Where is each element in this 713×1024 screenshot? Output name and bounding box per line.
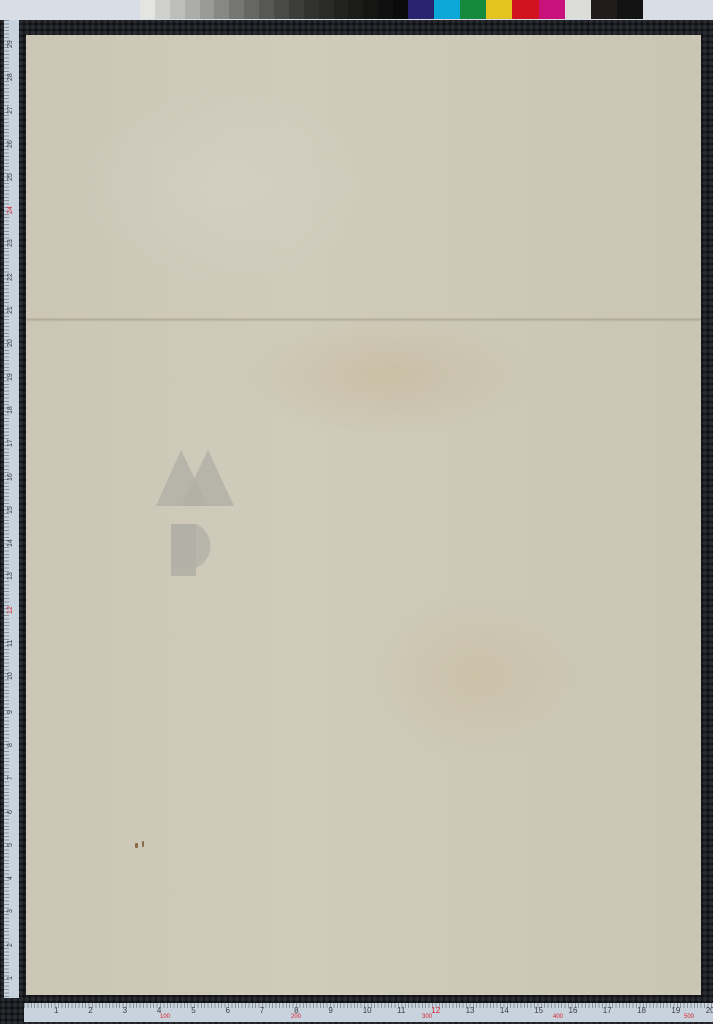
ruler-label: 25: [7, 173, 14, 181]
color-swatch-strip: [408, 0, 643, 19]
ruler-label: 3: [7, 909, 14, 913]
color-swatch-green: [460, 0, 486, 19]
ruler-label: 28: [7, 73, 14, 81]
gray-swatch: [214, 0, 229, 19]
ruler-label: 14: [7, 539, 14, 547]
ruler-label: 8: [7, 743, 14, 747]
ink-speck: [135, 843, 138, 848]
ruler-label: 9: [328, 1006, 332, 1015]
ruler-label: 5: [7, 843, 14, 847]
ruler-label: 11: [7, 640, 14, 647]
gray-swatch: [393, 0, 408, 19]
ruler-label: 20: [7, 340, 14, 348]
gray-swatch: [348, 0, 363, 19]
ruler-mm-label: 400: [553, 1014, 563, 1020]
ruler-label: 17: [603, 1006, 612, 1015]
ruler-mm-label: 300: [422, 1014, 432, 1020]
ruler-label: 13: [466, 1006, 475, 1015]
color-swatch-magenta: [539, 0, 565, 19]
ruler-label: 6: [226, 1006, 230, 1015]
ruler-label: 9: [7, 710, 14, 714]
ruler-label: 17: [7, 439, 14, 447]
gray-swatch: [363, 0, 378, 19]
color-swatch-cyan: [434, 0, 460, 19]
ruler-mm-label: 200: [291, 1014, 301, 1020]
ruler-label: 11: [397, 1006, 405, 1015]
gray-swatch: [289, 0, 304, 19]
ruler-label: 26: [7, 140, 14, 148]
poster-back-sheet: [26, 35, 701, 995]
gray-swatch: [319, 0, 334, 19]
gray-swatch: [229, 0, 244, 19]
ruler-label: 12: [431, 1006, 440, 1015]
gray-swatch: [334, 0, 349, 19]
ruler-label: 22: [7, 273, 14, 281]
gray-swatch: [140, 0, 155, 19]
mp-watermark-logo-icon: [156, 448, 234, 576]
ruler-label: 19: [7, 373, 14, 381]
ink-speck: [142, 841, 144, 847]
ruler-label: 10: [7, 673, 14, 681]
ruler-label: 2: [88, 1006, 92, 1015]
ruler-label: 23: [7, 240, 14, 248]
ruler-label: 18: [7, 406, 14, 414]
ruler-label: 10: [363, 1006, 372, 1015]
gray-swatch: [378, 0, 393, 19]
gray-swatch: [259, 0, 274, 19]
color-swatch-black-1: [591, 0, 617, 19]
ruler-label: 1: [54, 1006, 58, 1015]
color-swatch-red: [512, 0, 538, 19]
ruler-label: 13: [7, 573, 14, 581]
ruler-label: 21: [7, 306, 14, 314]
color-swatch-blue: [408, 0, 434, 19]
color-swatch-black-2: [617, 0, 643, 19]
ruler-label: 12: [7, 606, 14, 614]
ruler-label: 27: [7, 106, 14, 114]
ruler-label: 6: [7, 810, 14, 814]
gray-swatch: [200, 0, 215, 19]
ruler-label: 20: [706, 1006, 713, 1015]
ruler-label: 5: [191, 1006, 195, 1015]
ruler-label: 29: [7, 40, 14, 48]
grayscale-swatch-strip: [140, 0, 408, 19]
ruler-label: 4: [7, 876, 14, 880]
gray-swatch: [274, 0, 289, 19]
ruler-label: 16: [7, 473, 14, 481]
ruler-label: 7: [7, 776, 14, 780]
color-swatch-yellow: [486, 0, 512, 19]
gray-swatch: [304, 0, 319, 19]
color-swatch-white: [565, 0, 591, 19]
ruler-label: 24: [7, 206, 14, 214]
ruler-label: 3: [123, 1006, 127, 1015]
ruler-label: 16: [569, 1006, 578, 1015]
ruler-label: 7: [260, 1006, 264, 1015]
bottom-measuring-ruler: 1234567891011121314151617181920100200300…: [24, 1003, 713, 1022]
ruler-label: 19: [671, 1006, 680, 1015]
gray-swatch: [185, 0, 200, 19]
gray-swatch: [155, 0, 170, 19]
ruler-label: 1: [7, 976, 14, 980]
ruler-label: 15: [534, 1006, 543, 1015]
ruler-label: 14: [500, 1006, 509, 1015]
ruler-mm-label: 100: [160, 1014, 170, 1020]
ruler-label: 2: [7, 943, 14, 947]
gray-swatch: [170, 0, 185, 19]
gray-swatch: [244, 0, 259, 19]
ruler-label: 18: [637, 1006, 646, 1015]
ruler-mm-label: 500: [684, 1014, 694, 1020]
ruler-label: 15: [7, 506, 14, 514]
left-measuring-ruler: 1234567891011121314151617181920212223242…: [4, 20, 19, 998]
